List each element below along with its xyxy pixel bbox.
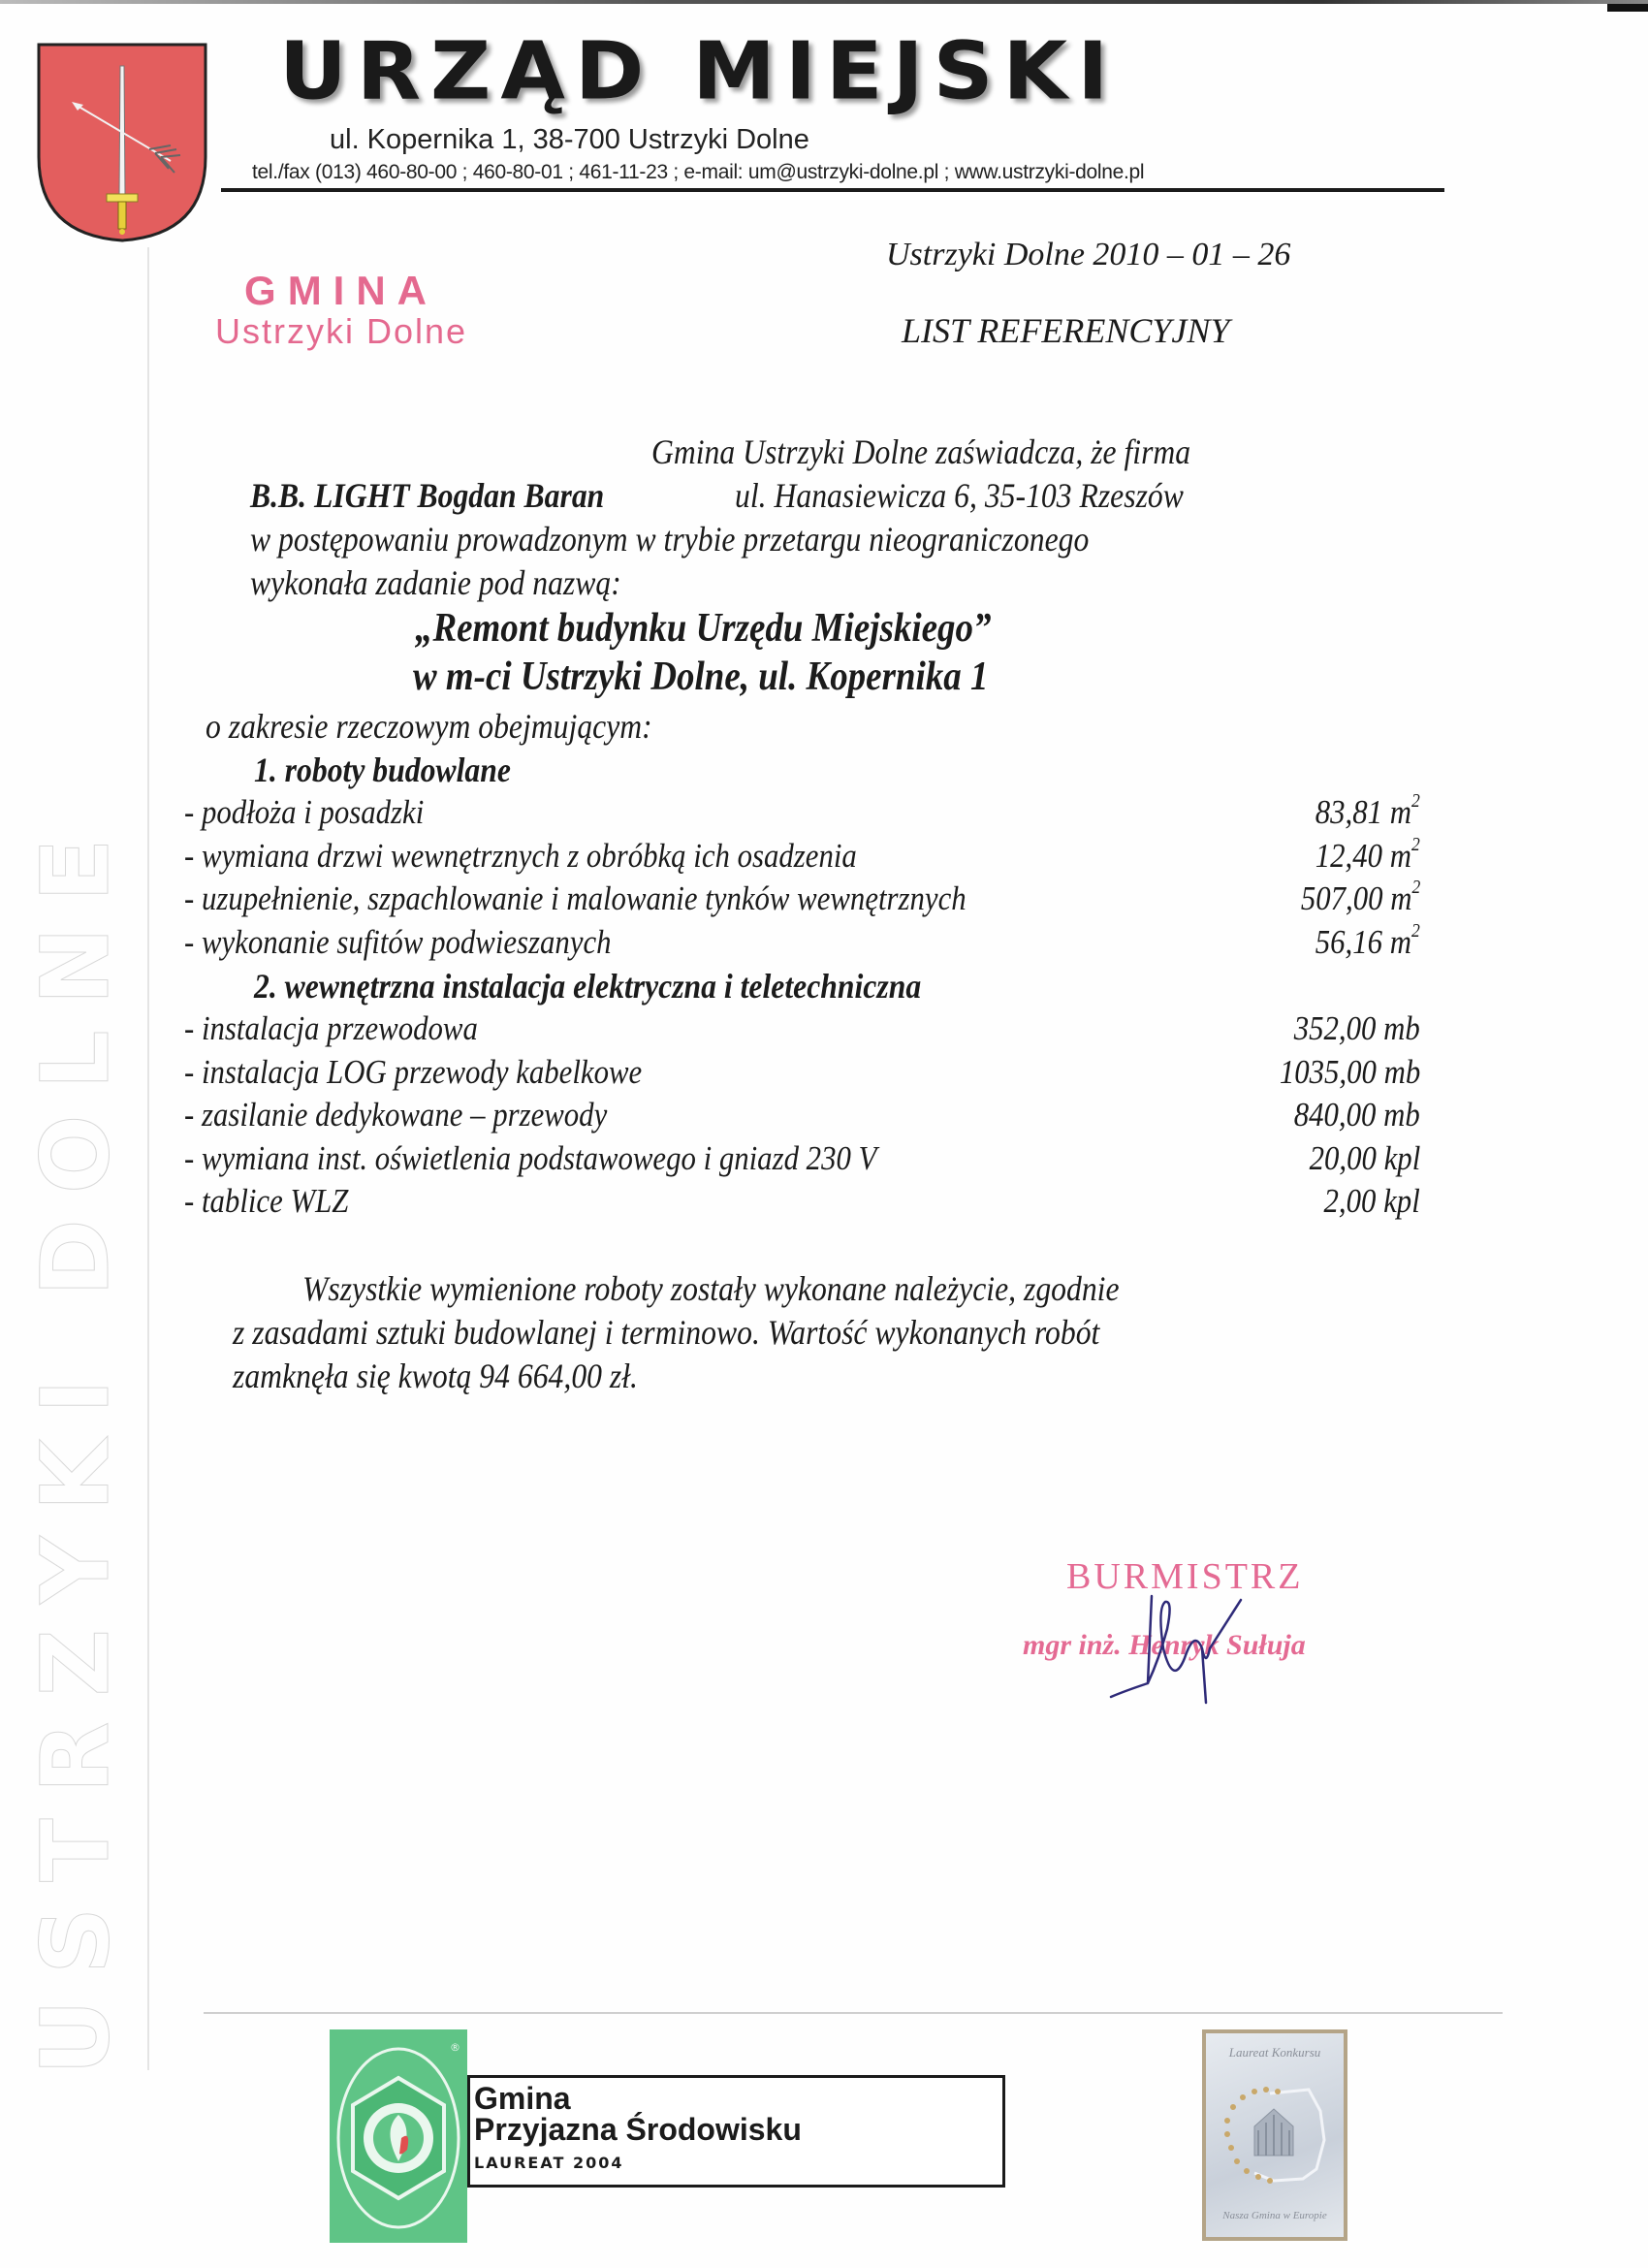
scope-item-label: - uzupełnienie, szpachlowanie i malowani… — [184, 879, 967, 918]
scope-item-row: - zasilanie dedykowane – przewody840,00 … — [184, 1096, 1420, 1138]
scope-item-value: 12,40 — [1315, 837, 1390, 875]
scope-item-label: - wymiana drzwi wewnętrznych z obróbką i… — [184, 837, 857, 876]
scope-item-unit: mb — [1383, 1053, 1420, 1091]
svg-text:®: ® — [450, 2041, 460, 2054]
scope-item-quantity: 507,00 m2 — [1301, 879, 1420, 918]
scope-item-label: - wykonanie sufitów podwieszanych — [184, 923, 612, 962]
scope-intro: o zakresie rzeczowym obejmującym: — [206, 706, 652, 747]
scope-item-row: - podłoża i posadzki83,81 m2 — [184, 793, 1420, 836]
contractor-name: B.B. LIGHT Bogdan Baran — [250, 475, 604, 516]
document-heading: LIST REFERENCYJNY — [902, 310, 1229, 351]
scope-item-row: - wymiana inst. oświetlenia podstawowego… — [184, 1139, 1420, 1182]
scan-edge — [0, 0, 1648, 4]
scope-item-unit-exponent: 2 — [1411, 834, 1420, 855]
europe-contest-badge: Laureat Konkursu Nasza Gmina w Europie — [1202, 2029, 1347, 2241]
scope-item-quantity: 56,16 m2 — [1315, 923, 1420, 962]
task-title-line-2: w m-ci Ustrzyki Dolne, ul. Kopernika 1 — [413, 654, 988, 700]
scope-item-row: - instalacja LOG przewody kabelkowe1035,… — [184, 1053, 1420, 1096]
scope-item-value: 83,81 — [1315, 793, 1382, 831]
scope-item-value: 352,00 — [1294, 1009, 1377, 1047]
scope-item-label: - instalacja przewodowa — [184, 1009, 478, 1048]
scope-item-unit: m — [1390, 879, 1411, 917]
footer-divider — [204, 2012, 1503, 2014]
scope-item-value: 1035,00 — [1280, 1053, 1377, 1091]
eco-award-line-3: LAUREAT 2004 — [474, 2154, 623, 2172]
contractor-address: ul. Hanasiewicza 6, 35-103 Rzeszów — [735, 475, 1184, 516]
office-address: ul. Kopernika 1, 38-700 Ustrzyki Dolne — [330, 124, 809, 156]
scope-item-unit: mb — [1383, 1009, 1420, 1047]
office-contact: tel./fax (013) 460-80-00 ; 460-80-01 ; 4… — [252, 161, 1144, 184]
task-title-line-1: „Remont budynku Urzędu Miejskiego” — [415, 605, 992, 652]
scope-item-quantity: 2,00 kpl — [1324, 1182, 1420, 1221]
scope-item-quantity: 12,40 m2 — [1315, 837, 1420, 876]
closing-line-2: z zasadami sztuki budowlanej i terminowo… — [233, 1312, 1099, 1353]
eco-award-line-2: Przyjazna Środowisku — [474, 2113, 802, 2146]
poland-map-stars-icon — [1216, 2072, 1334, 2198]
scope-item-quantity: 83,81 m2 — [1315, 793, 1420, 832]
vertical-watermark: USTRZYKI DOLNE — [27, 233, 124, 2075]
scope-item-label: - podłoża i posadzki — [184, 793, 424, 832]
eco-award-label: Gmina Przyjazna Środowisku LAUREAT 2004 — [467, 2075, 1005, 2188]
scope-item-unit: kpl — [1383, 1182, 1420, 1220]
document-date: Ustrzyki Dolne 2010 – 01 – 26 — [886, 237, 1290, 273]
coat-of-arms-icon — [35, 41, 209, 244]
scope-item-unit-exponent: 2 — [1411, 877, 1420, 898]
europe-badge-top-text: Laureat Konkursu — [1206, 2045, 1344, 2060]
scope-item-label: - tablice WLZ — [184, 1182, 348, 1221]
scope-item-quantity: 352,00 mb — [1294, 1009, 1420, 1048]
scope-item-value: 2,00 — [1324, 1182, 1377, 1220]
scope-item-quantity: 840,00 mb — [1294, 1096, 1420, 1134]
scope-item-quantity: 1035,00 mb — [1280, 1053, 1420, 1092]
scope-item-row: - instalacja przewodowa352,00 mb — [184, 1009, 1420, 1052]
scope-item-quantity: 20,00 kpl — [1309, 1139, 1420, 1178]
scope-item-label: - zasilanie dedykowane – przewody — [184, 1096, 607, 1134]
intro-line-3: w postępowaniu prowadzonym w trybie prze… — [250, 519, 1089, 559]
eco-award-line-1: Gmina — [474, 2082, 571, 2115]
stamp-line-2: Ustrzyki Dolne — [215, 312, 467, 351]
scope-item-row: - uzupełnienie, szpachlowanie i malowani… — [184, 879, 1420, 922]
scope-item-unit: m — [1390, 793, 1411, 831]
left-margin-rule — [147, 247, 149, 2070]
closing-line-1: Wszystkie wymienione roboty zostały wyko… — [302, 1268, 1120, 1309]
scope-item-label: - instalacja LOG przewody kabelkowe — [184, 1053, 642, 1092]
intro-line-4: wykonała zadanie pod nazwą: — [250, 562, 621, 603]
scope-item-unit-exponent: 2 — [1411, 920, 1420, 942]
scope-item-unit: kpl — [1383, 1139, 1420, 1177]
intro-line-1: Gmina Ustrzyki Dolne zaświadcza, że firm… — [651, 431, 1190, 472]
header-divider — [221, 188, 1444, 192]
organization-title: URZĄD MIEJSKI — [279, 37, 1404, 107]
closing-line-3: zamknęła się kwotą 94 664,00 zł. — [233, 1356, 638, 1396]
scope-item-value: 507,00 — [1301, 879, 1390, 917]
scope-item-value: 840,00 — [1294, 1096, 1377, 1134]
scope-item-row: - tablice WLZ2,00 kpl — [184, 1182, 1420, 1225]
eco-contest-badge-icon: ® — [330, 2029, 467, 2243]
europe-badge-bottom-text: Nasza Gmina w Europie — [1206, 2210, 1344, 2221]
stamp-line-1: GMINA — [215, 270, 467, 312]
scope-item-unit: m — [1390, 923, 1411, 961]
scope-section-title: 1. roboty budowlane — [254, 750, 511, 790]
scope-item-unit: m — [1390, 837, 1411, 875]
scope-item-row: - wymiana drzwi wewnętrznych z obróbką i… — [184, 837, 1420, 879]
scope-section-title: 2. wewnętrzna instalacja elektryczna i t… — [254, 966, 921, 1006]
scope-item-row: - wykonanie sufitów podwieszanych56,16 m… — [184, 923, 1420, 966]
scope-item-unit-exponent: 2 — [1411, 790, 1420, 812]
scope-item-label: - wymiana inst. oświetlenia podstawowego… — [184, 1139, 876, 1178]
scope-item-value: 56,16 — [1315, 923, 1390, 961]
municipality-stamp: GMINA Ustrzyki Dolne — [215, 270, 467, 351]
scope-item-value: 20,00 — [1309, 1139, 1376, 1177]
scan-mark — [1607, 4, 1648, 12]
scope-item-unit: mb — [1383, 1096, 1420, 1134]
contractor-line: B.B. LIGHT Bogdan Baran — [250, 475, 652, 516]
handwritten-signature-icon — [1105, 1590, 1299, 1707]
